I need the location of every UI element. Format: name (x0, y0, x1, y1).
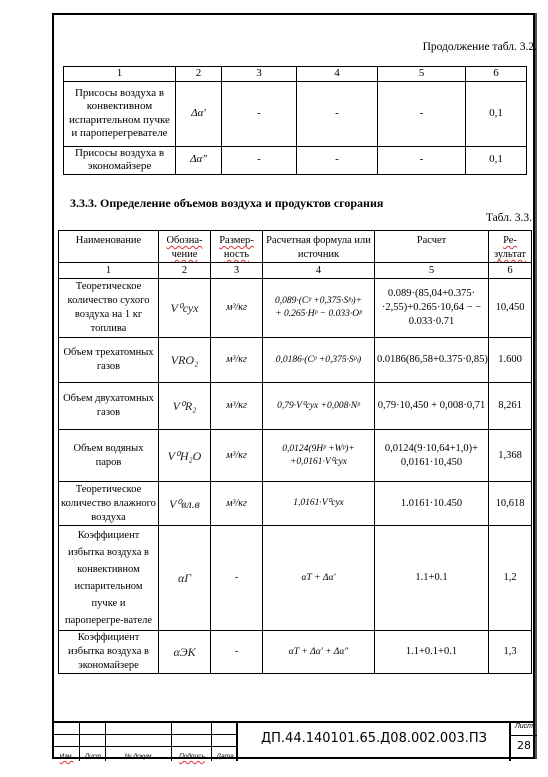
stamp-label-date: Дата (212, 753, 238, 760)
column-number: 5 (378, 67, 466, 82)
frame-edge (535, 13, 537, 759)
row-name: Объем двухатомных газов (59, 383, 159, 430)
row-symbol: Δα′ (176, 81, 222, 146)
column-header: Размер-ность (211, 231, 263, 263)
table-3-3: Наименование Обозна-чение Размер-ность Р… (58, 230, 532, 674)
stamp-label-signature: Подпись (172, 753, 212, 760)
row-formula: 1,0161·V⁰сух (263, 482, 375, 526)
row-calc: 0.0186(86,58+0.375·0,85) (375, 338, 489, 383)
column-number: 3 (222, 67, 297, 82)
row-result: 1,3 (489, 631, 532, 674)
row-name: Коэффициент избытка воздуха в экономайзе… (59, 631, 159, 674)
table-row: Теоретическое количество сухого воздуха … (59, 279, 532, 338)
column-number: 3 (211, 263, 263, 279)
row-dimension: - (222, 146, 297, 174)
row-result: 10,618 (489, 482, 532, 526)
sheet-label: Лист (511, 723, 537, 736)
column-number: 4 (263, 263, 375, 279)
row-dimension: м³/кг (211, 279, 263, 338)
row-result: 0,1 (466, 81, 527, 146)
row-calc: 0.089·(85,04+0.375· ·2,55)+0.265·10,64 −… (375, 279, 489, 338)
table-header-row: 1 2 3 4 5 6 (64, 67, 527, 82)
table-row: Коэффициент избытка воздуха в конвективн… (59, 526, 532, 631)
table-row: Коэффициент избытка воздуха в экономайзе… (59, 631, 532, 674)
column-number: 6 (466, 67, 527, 82)
row-name: Коэффициент избытка воздуха в конвективн… (59, 526, 159, 631)
sheet-number: 28 (511, 739, 537, 752)
table-row: Присосы воздуха в конвективном испарител… (64, 81, 527, 146)
row-dimension: м³/кг (211, 430, 263, 482)
row-formula: - (297, 81, 378, 146)
row-symbol: αЭК (159, 631, 211, 674)
column-number: 2 (176, 67, 222, 82)
column-header: Расчет (375, 231, 489, 263)
row-calc: 0,79·10,450 + 0,008·0,71 (375, 383, 489, 430)
row-calc: 1.1+0.1 (375, 526, 489, 631)
row-dimension: - (211, 631, 263, 674)
stamp-label-sheet: Лист (80, 753, 106, 760)
row-result: 8,261 (489, 383, 532, 430)
row-name: Присосы воздуха в экономайзере (64, 146, 176, 174)
table-caption: Табл. 3.3. (486, 212, 532, 224)
column-number: 1 (59, 263, 159, 279)
row-result: 0,1 (466, 146, 527, 174)
row-name: Объем водяных паров (59, 430, 159, 482)
row-calc: 0,0124(9·10,64+1,0)+ 0,0161·10,450 (375, 430, 489, 482)
row-calc: - (378, 81, 466, 146)
column-number: 6 (489, 263, 532, 279)
row-dimension: - (211, 526, 263, 631)
table-row: Объем водяных паровV⁰H₂Oм³/кг0,0124(9Hᵖ … (59, 430, 532, 482)
row-dimension: м³/кг (211, 383, 263, 430)
document-number: ДП.44.140101.65.Д08.002.003.ПЗ (239, 731, 509, 746)
row-name: Присосы воздуха в конвективном испарител… (64, 81, 176, 146)
row-symbol: V⁰H₂O (159, 430, 211, 482)
row-calc: 1.0161·10.450 (375, 482, 489, 526)
row-result: 1,368 (489, 430, 532, 482)
table-row: Объем двухатомных газовV⁰R₂м³/кг0,79·V⁰с… (59, 383, 532, 430)
table-3-2-continuation: 1 2 3 4 5 6 Присосы воздуха в конвективн… (63, 66, 527, 175)
stamp-label-doc-number: № докум. (106, 753, 172, 760)
column-header: Наименование (59, 231, 159, 263)
row-formula: 0,0186·(Cᵖ +0,375·Sᵖₗ) (263, 338, 375, 383)
row-calc: - (378, 146, 466, 174)
table-header-row: Наименование Обозна-чение Размер-ность Р… (59, 231, 532, 263)
stamp-label-change: Изм. (53, 753, 80, 760)
column-number: 2 (159, 263, 211, 279)
row-formula: 0,79·V⁰сух +0,008·Nᵖ (263, 383, 375, 430)
column-number: 4 (297, 67, 378, 82)
column-number: 5 (375, 263, 489, 279)
continuation-caption: Продолжение табл. 3.2. (423, 41, 537, 53)
table-row: Теоретическое количество влажного воздух… (59, 482, 532, 526)
row-dimension: м³/кг (211, 482, 263, 526)
row-symbol: Δα″ (176, 146, 222, 174)
table-row: Объем трехатомных газовVRO₂м³/кг0,0186·(… (59, 338, 532, 383)
title-block: Изм. Лист № докум. Подпись Дата ДП.44.14… (53, 721, 535, 761)
column-header: Расчетная формула или источник (263, 231, 375, 263)
column-number-row: 1 2 3 4 5 6 (59, 263, 532, 279)
row-formula: αТ + Δα′ + Δα″ (263, 631, 375, 674)
row-calc: 1.1+0.1+0.1 (375, 631, 489, 674)
column-number: 1 (64, 67, 176, 82)
table-row: Присосы воздуха в экономайзере Δα″ - - -… (64, 146, 527, 174)
row-symbol: V⁰R₂ (159, 383, 211, 430)
row-name: Теоретическое количество влажного воздух… (59, 482, 159, 526)
row-symbol: VRO₂ (159, 338, 211, 383)
row-symbol: V⁰вл.в (159, 482, 211, 526)
row-name: Объем трехатомных газов (59, 338, 159, 383)
row-dimension: м³/кг (211, 338, 263, 383)
row-formula: 0,0124(9Hᵖ +Wᵖ)++0,0161·V⁰сух (263, 430, 375, 482)
column-header: Ре-зультат (489, 231, 532, 263)
section-title: 3.3.3. Определение объемов воздуха и про… (70, 196, 383, 211)
sheet-box: Лист 28 (509, 723, 537, 761)
row-formula: 0,089·(Cᵖ +0,375·Sᵖₗ)++ 0.265·Hᵖ − 0.033… (263, 279, 375, 338)
row-result: 10,450 (489, 279, 532, 338)
column-header: Обозна-чение (159, 231, 211, 263)
row-result: 1.600 (489, 338, 532, 383)
row-name: Теоретическое количество сухого воздуха … (59, 279, 159, 338)
row-formula: αТ + Δα′ (263, 526, 375, 631)
row-symbol: V⁰сух (159, 279, 211, 338)
row-formula: - (297, 146, 378, 174)
row-result: 1,2 (489, 526, 532, 631)
row-symbol: αГ (159, 526, 211, 631)
row-dimension: - (222, 81, 297, 146)
